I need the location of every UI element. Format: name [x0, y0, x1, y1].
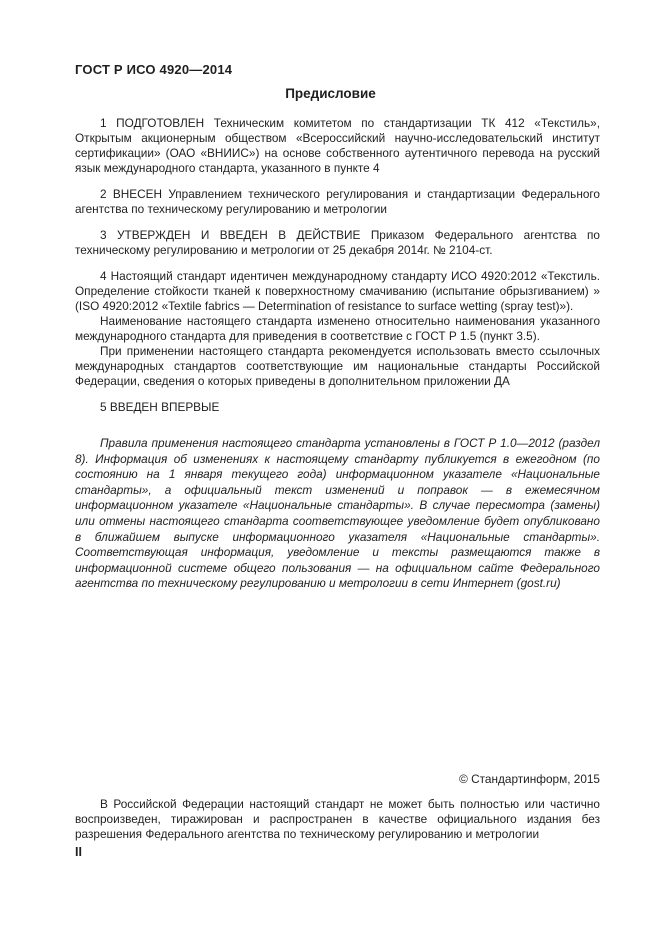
document-page: ГОСТ Р ИСО 4920—2014 Предисловие 1 ПОДГО… [0, 0, 661, 935]
page-title: Предисловие [0, 86, 661, 101]
foreword-item-4: 4 Настоящий стандарт идентичен междунаро… [75, 269, 600, 314]
reproduction-restriction: В Российской Федерации настоящий стандар… [75, 797, 600, 842]
document-code: ГОСТ Р ИСО 4920—2014 [75, 62, 232, 77]
page-number: II [75, 845, 82, 859]
foreword-item-5: 5 ВВЕДЕН ВПЕРВЫЕ [75, 400, 600, 415]
foreword-item-3: 3 УТВЕРЖДЕН И ВВЕДЕН В ДЕЙСТВИЕ Приказом… [75, 228, 600, 258]
foreword-item-4-sub-2: При применении настоящего стандарта реко… [75, 344, 600, 389]
foreword-item-4-sub-1: Наименование настоящего стандарта измене… [75, 314, 600, 344]
copyright-notice: © Стандартинформ, 2015 [75, 772, 600, 786]
application-rules-note: Правила применения настоящего стандарта … [75, 436, 600, 592]
foreword-section: 1 ПОДГОТОВЛЕН Техническим комитетом по с… [75, 116, 600, 426]
reproduction-restriction-text: В Российской Федерации настоящий стандар… [75, 797, 600, 842]
foreword-item-2: 2 ВНЕСЕН Управлением технического регули… [75, 187, 600, 217]
foreword-item-1: 1 ПОДГОТОВЛЕН Техническим комитетом по с… [75, 116, 600, 176]
application-rules-text: Правила применения настоящего стандарта … [75, 436, 600, 592]
